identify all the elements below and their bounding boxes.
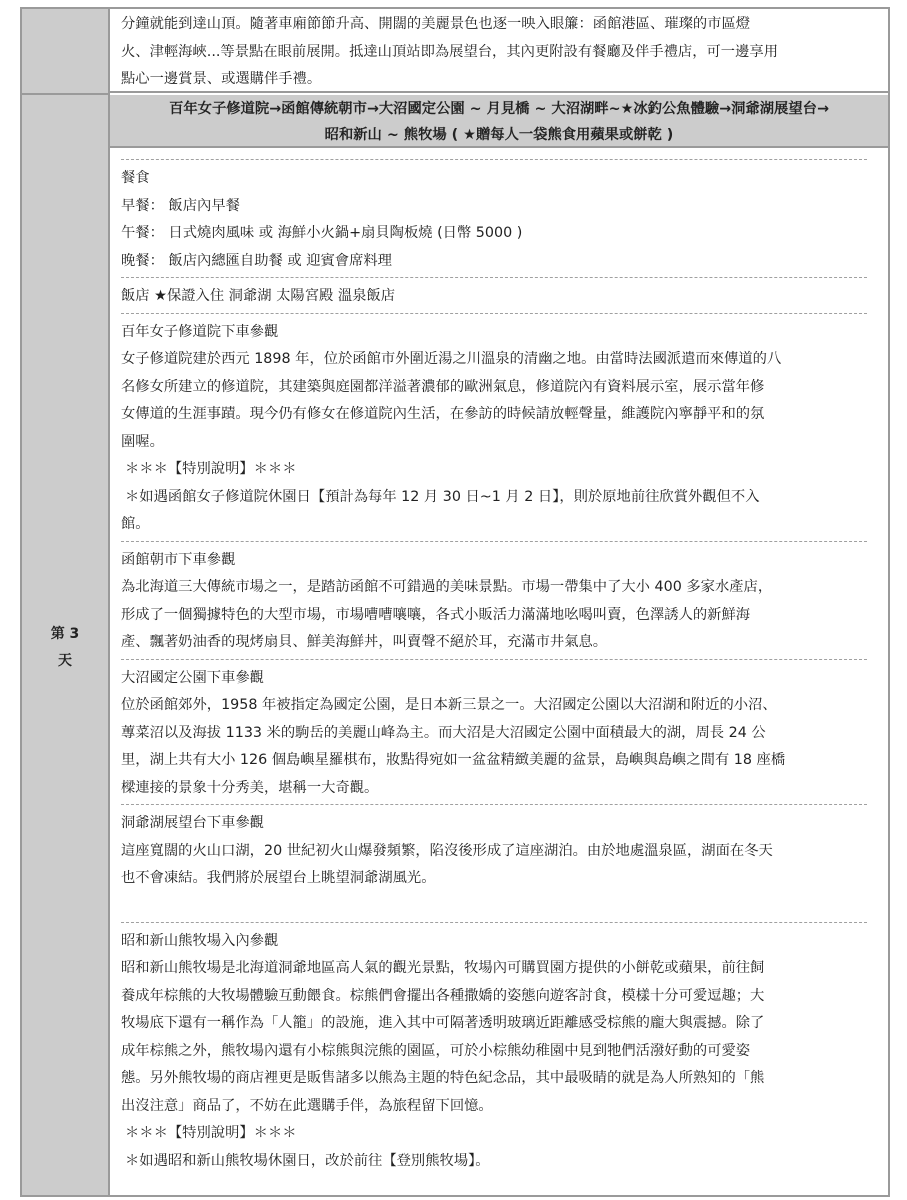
section-text: 里，湖上共有大小 126 個島嶼星羅棋布，妝點得宛如一盆盆精緻美麗的盆景，島嶼與… (121, 747, 867, 775)
section-onuma-park: 大沼國定公園下車參觀 位於函館郊外，1958 年被指定為國定公園，是日本新三景之… (121, 660, 867, 805)
special-note-text: 館。 (121, 511, 867, 539)
special-note-text: ＊如遇昭和新山熊牧場休園日，改於前往【登別熊牧場】。 (121, 1148, 867, 1176)
section-text: 養成年棕熊的大牧場體驗互動餵食。棕熊們會擺出各種撒嬌的姿態向遊客討食，模樣十分可… (121, 983, 867, 1011)
section-text: 昭和新山熊牧場是北海道洞爺地區高人氣的觀光景點，牧場內可購買園方提供的小餅乾或蘋… (121, 955, 867, 983)
section-text: 女子修道院建於西元 1898 年，位於函館市外圍近湯之川溫泉的清幽之地。由當時法… (121, 346, 867, 374)
meals-title: 餐食 (121, 165, 867, 193)
previous-day-text: 分鐘就能到達山頂。隨著車廂節節升高、開闊的美麗景色也逐一映入眼簾：函館港區、璀璨… (110, 9, 888, 93)
route-header: 百年女子修道院→函館傳統朝市→大沼國定公園 ~ 月見橋 ~ 大沼湖畔~★冰釣公魚… (110, 95, 888, 148)
section-text: 牧場底下還有一稱作為「人籠」的設施，進入其中可隔著透明玻璃近距離感受棕熊的龐大與… (121, 1010, 867, 1038)
section-text: 成年棕熊之外，熊牧場內還有小棕熊與浣熊的園區，可於小棕熊幼稚園中見到牠們活潑好動… (121, 1038, 867, 1066)
meal-dinner: 晚餐： 飯店內總匯自助餐 或 迎賓會席料理 (121, 248, 867, 276)
section-title: 函館朝市下車參觀 (121, 547, 867, 575)
section-text: 產、飄著奶油香的現烤扇貝、鮮美海鮮丼，叫賣聲不絕於耳，充滿市井氣息。 (121, 629, 867, 657)
section-text: 出沒注意」商品了，不妨在此選購手伴，為旅程留下回憶。 (121, 1093, 867, 1121)
section-lake-toya: 洞爺湖展望台下車參觀 這座寬闊的火山口湖，20 世紀初火山爆發頻繁，陷沒後形成了… (121, 805, 867, 922)
route-line: 百年女子修道院→函館傳統朝市→大沼國定公園 ~ 月見橋 ~ 大沼湖畔~★冰釣公魚… (110, 96, 888, 122)
meal-breakfast: 早餐： 飯店內早餐 (121, 193, 867, 221)
day-details: 餐食 早餐： 飯店內早餐 午餐： 日式燒肉風味 或 海鮮小火鍋+扇貝陶板燒 (日… (110, 150, 888, 1195)
section-text: 女傳道的生涯事蹟。現今仍有修女在修道院內生活，在參訪的時候請放輕聲量，維護院內寧… (121, 401, 867, 429)
section-title: 大沼國定公園下車參觀 (121, 665, 867, 693)
hotel-info: 飯店 ★保證入住 洞爺湖 太陽宮殿 溫泉飯店 (121, 283, 867, 311)
section-text: 也不會凍結。我們將於展望台上眺望洞爺湖風光。 (121, 865, 867, 893)
special-note-title: ＊＊＊【特別說明】＊＊＊ (121, 456, 867, 484)
day-column: 第 3 天 (22, 9, 110, 1195)
section-text: 形成了一個獨據特色的大型市場，市場嘈嘈嚷嚷，各式小販活力滿滿地吆喝叫賣，色澤誘人… (121, 602, 867, 630)
section-text: 樑連接的景象十分秀美，堪稱一大奇觀。 (121, 775, 867, 803)
row-divider (22, 93, 108, 95)
content-column: 分鐘就能到達山頂。隨著車廂節節升高、開闊的美麗景色也逐一映入眼簾：函館港區、璀璨… (110, 9, 888, 1195)
hotel-block: 飯店 ★保證入住 洞爺湖 太陽宮殿 溫泉飯店 (121, 278, 867, 313)
route-line: 昭和新山 ~ 熊牧場 ( ★贈每人一袋熊食用蘋果或餅乾 ) (110, 122, 888, 148)
day-label: 第 3 天 (22, 621, 108, 675)
itinerary-table: 第 3 天 分鐘就能到達山頂。隨著車廂節節升高、開闊的美麗景色也逐一映入眼簾：函… (20, 7, 890, 1197)
spacer (121, 893, 867, 920)
section-text: 為北海道三大傳統市場之一，是踏訪函館不可錯過的美味景點。市場一帶集中了大小 40… (121, 574, 867, 602)
section-text: 態。另外熊牧場的商店裡更是販售諸多以熊為主題的特色紀念品，其中最吸睛的就是為人所… (121, 1065, 867, 1093)
text-line: 點心一邊賞景、或選購伴手禮。 (121, 66, 876, 94)
section-text: 名修女所建立的修道院，其建築與庭園都洋溢著濃郁的歐洲氣息，修道院內有資料展示室，… (121, 374, 867, 402)
text-line: 火、津輕海峽...等景點在眼前展開。抵達山頂站即為展望台，其內更附設有餐廳及伴手… (121, 39, 876, 67)
meals-block: 餐食 早餐： 飯店內早餐 午餐： 日式燒肉風味 或 海鮮小火鍋+扇貝陶板燒 (日… (121, 160, 867, 277)
section-text: 蓴菜沼以及海拔 1133 米的駒岳的美麗山峰為主。而大沼是大沼國定公園中面積最大… (121, 720, 867, 748)
section-morning-market: 函館朝市下車參觀 為北海道三大傳統市場之一，是踏訪函館不可錯過的美味景點。市場一… (121, 542, 867, 659)
day-label-suffix: 天 (22, 648, 108, 675)
section-title: 昭和新山熊牧場入內參觀 (121, 928, 867, 956)
special-note-text: ＊如遇函館女子修道院休園日【預計為每年 12 月 30 日~1 月 2 日】，則… (121, 484, 867, 512)
section-title: 百年女子修道院下車參觀 (121, 319, 867, 347)
section-bear-ranch: 昭和新山熊牧場入內參觀 昭和新山熊牧場是北海道洞爺地區高人氣的觀光景點，牧場內可… (121, 923, 867, 1178)
meal-lunch: 午餐： 日式燒肉風味 或 海鮮小火鍋+扇貝陶板燒 (日幣 5000 ) (121, 220, 867, 248)
section-text: 這座寬闊的火山口湖，20 世紀初火山爆發頻繁，陷沒後形成了這座湖泊。由於地處溫泉… (121, 838, 867, 866)
section-convent: 百年女子修道院下車參觀 女子修道院建於西元 1898 年，位於函館市外圍近湯之川… (121, 314, 867, 541)
section-title: 洞爺湖展望台下車參觀 (121, 810, 867, 838)
special-note-title: ＊＊＊【特別說明】＊＊＊ (121, 1120, 867, 1148)
day-label-number: 第 3 (22, 621, 108, 648)
text-line: 分鐘就能到達山頂。隨著車廂節節升高、開闊的美麗景色也逐一映入眼簾：函館港區、璀璨… (121, 11, 876, 39)
section-text: 圍喔。 (121, 429, 867, 457)
section-text: 位於函館郊外，1958 年被指定為國定公園，是日本新三景之一。大沼國定公園以大沼… (121, 692, 867, 720)
